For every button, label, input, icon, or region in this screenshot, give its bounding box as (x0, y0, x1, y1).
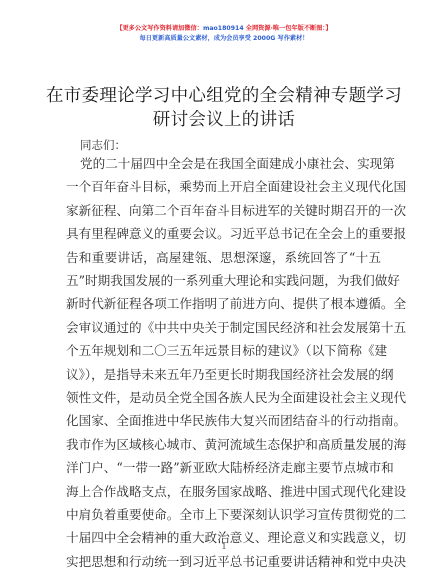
body-text-line: 化国家、全面推进中华民族伟大复兴而团结奋斗的行动指南。 (66, 413, 381, 429)
body-text-line: 家新征程、向第二个百年奋斗目标进军的关键时期召开的一次 (66, 203, 381, 219)
body-text-line: 具有里程碑意义的重要会议。习近平总书记在全会上的重要报 (66, 226, 381, 242)
promo-banner-contact: mao180914 (203, 25, 244, 32)
promo-banner-prefix: 【更多公文写作资料请加微信： (116, 25, 203, 32)
page-number: 1 (0, 542, 448, 551)
body-text-line: 我市作为区域核心城市、黄河流域生态保护和高质量发展的海 (66, 437, 381, 453)
body-text-line: 海上合作战略支点，在服务国家战略、推进中国式现代化建设 (66, 484, 381, 500)
body-text-line: 议》），是指导未来五年乃至更长时期我国经济社会发展的纲 (66, 367, 381, 383)
body-text-line: 告和重要讲话，高屋建瓴、思想深邃，系统回答了“十五 (66, 250, 381, 266)
body-text-line: 新时代新征程各项工作指明了前进方向、提供了根本遵循。全 (66, 296, 381, 312)
body-text-line: 领性文件，是动员全党全国各族人民为全面建设社会主义现代 (66, 390, 381, 406)
body-text-line: 实把思想和行动统一到习近平总书记重要讲话精神和党中央决 (66, 554, 381, 570)
promo-banner-suffix: 全网资源·唯一包年版不断图：】 (244, 25, 332, 32)
document-title-line-1: 在市委理论学习中心组党的全会精神专题学习 (0, 82, 448, 107)
body-text-line: 党的二十届四中全会是在我国全面建成小康社会、实现第 (80, 156, 381, 172)
body-text-line: 五”时期我国发展的一系列重大理论和实践问题，为我们做好 (66, 273, 381, 289)
document-title-line-2: 研讨会议上的讲话 (0, 106, 448, 131)
promo-banner-line-2: 每日更新高质量公文素材，成为会员享受 2000G 写作素材！ (0, 33, 448, 42)
body-text-line: 个五年规划和二〇三五年远景目标的建议》（以下简称《建 (66, 343, 381, 359)
body-text-line: 一个百年奋斗目标，乘势而上开启全面建设社会主义现代化国 (66, 179, 381, 195)
body-text-line: 洋门户、“一带一路”新亚欧大陆桥经济走廊主要节点城市和 (66, 460, 381, 476)
greeting: 同志们： (80, 137, 126, 153)
body-text-line: 中肩负着重要使命。全市上下要深刻认识学习宣传贯彻党的二 (66, 507, 381, 523)
body-text-line: 会审议通过的《中共中央关于制定国民经济和社会发展第十五 (66, 320, 381, 336)
promo-banner-line-1: 【更多公文写作资料请加微信：mao180914 全网资源·唯一包年版不断图：】 (0, 23, 448, 32)
